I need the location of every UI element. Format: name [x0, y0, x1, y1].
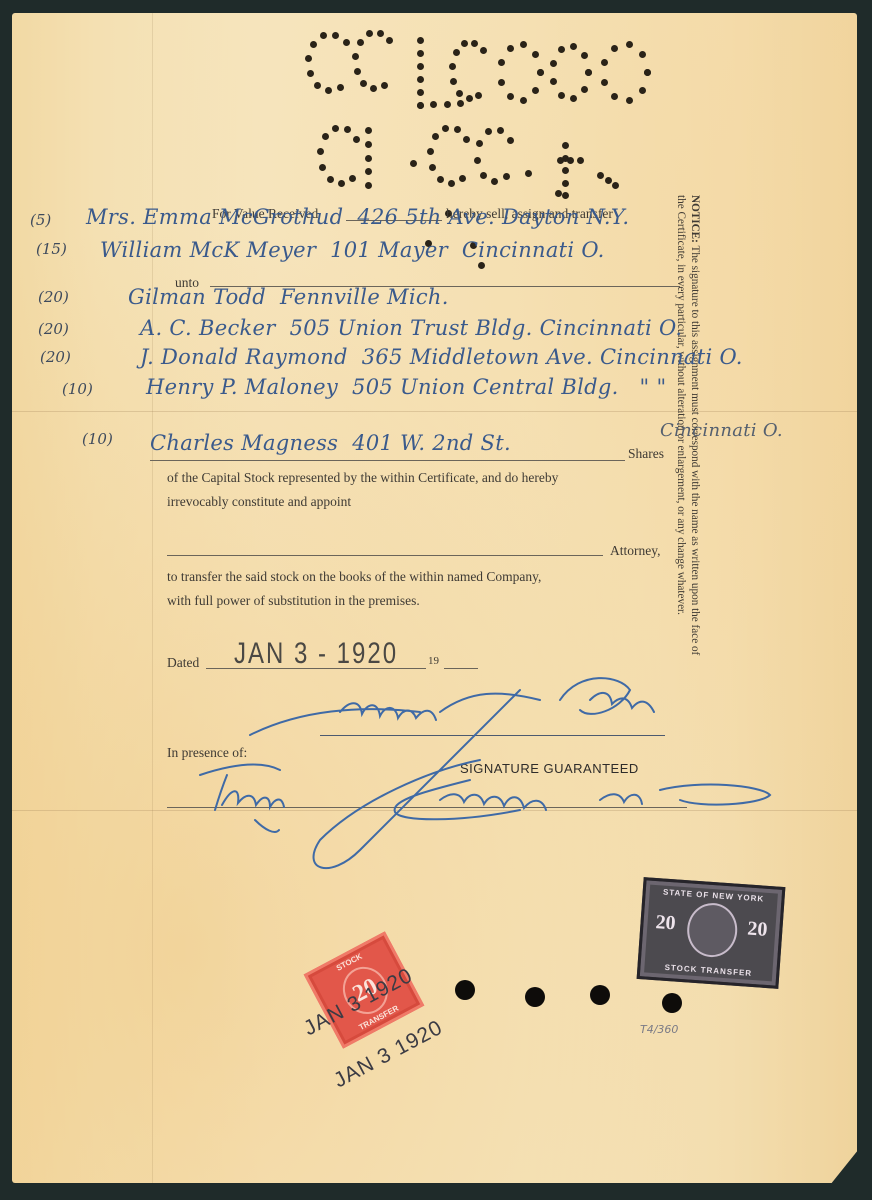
punch-hole [590, 985, 610, 1005]
state-transfer-stamp: STATE OF NEW YORK 20 20 STOCK TRANSFER [637, 877, 786, 989]
punch-hole [455, 980, 475, 1000]
punch-hole [525, 987, 545, 1007]
pencil-note: T4/360 [640, 1023, 678, 1036]
state-seal-icon [685, 901, 739, 958]
punch-hole [662, 993, 682, 1013]
